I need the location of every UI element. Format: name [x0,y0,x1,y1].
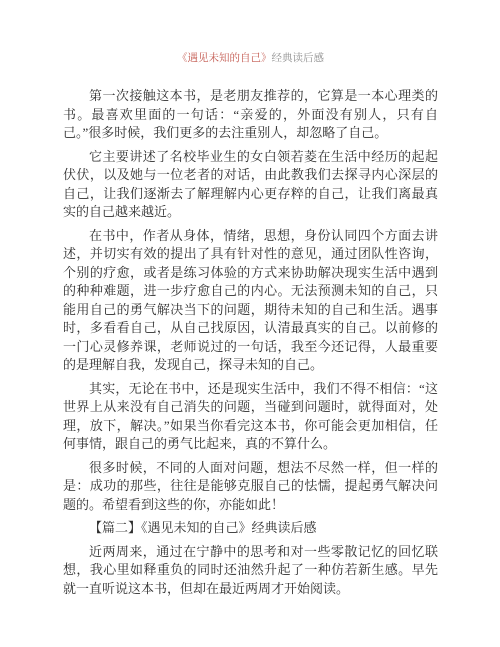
document-title-suffix: 经典读后感 [272,53,325,64]
paragraph-1: 第一次接触这本书，是老朋友推荐的，它算是一本心理类的书。最喜欢里面的一句话：“亲… [63,87,438,143]
paragraph-4: 其实，无论在书中，还是现实生活中，我们不得不相信：“这世界上从来没有自己消失的问… [63,380,438,454]
document-page: 《遇见未知的自己》经典读后感 第一次接触这本书，是老朋友推荐的，它算是一本心理类… [0,0,500,647]
paragraph-5: 很多时候，不同的人面对问题，想法不尽然一样，但一样的是：成功的那些，往往是能够克… [63,459,438,515]
paragraph-3: 在书中，作者从身体，情绪，思想，身份认同四个方面去讲述，并切实有效的提出了具有针… [63,227,438,375]
document-title-book-name: 《遇见未知的自己》 [177,53,272,64]
document-title: 《遇见未知的自己》经典读后感 [63,52,438,65]
paragraph-2: 它主要讲述了名校毕业生的女白领若菱在生活中经历的起起伏伏，以及她与一位老者的对话… [63,148,438,222]
paragraph-7: 近两周来，通过在宁静中的思考和对一些零散记忆的回忆联想，我心里如释重负的同时还油… [63,543,438,599]
section-two-heading: 【篇二】《遇见未知的自己》经典读后感 [63,519,438,538]
